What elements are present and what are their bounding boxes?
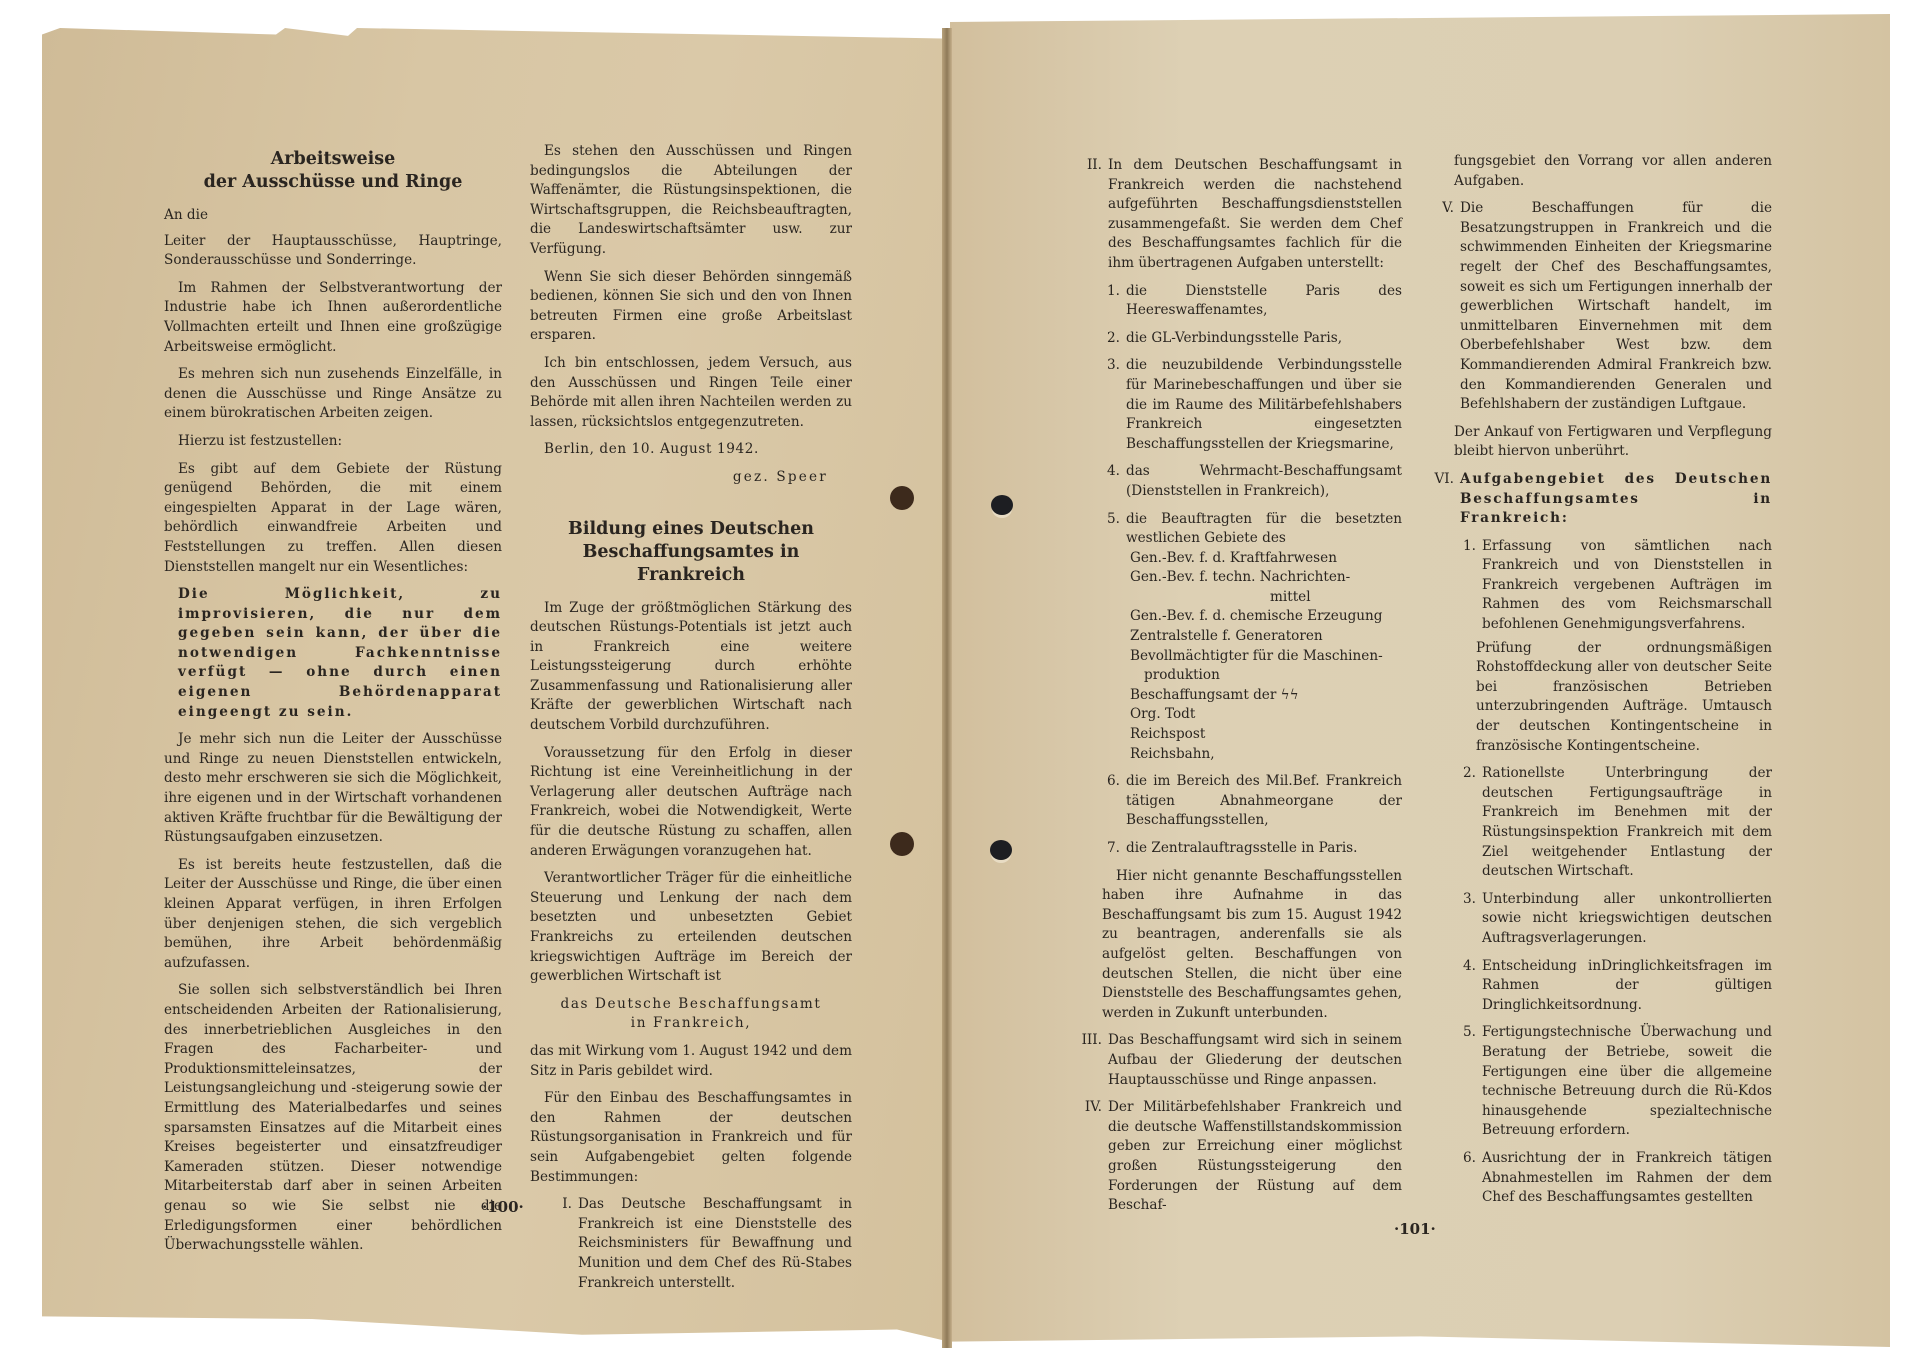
numbered-item-VI: VI. Aufgabengebiet des Deutschen Beschaf… <box>1420 470 1772 529</box>
book-spine <box>942 28 952 1348</box>
left-page-column-1: Arbeitsweise der Ausschüsse und Ringe An… <box>164 148 502 1264</box>
task-extra: Prüfung der ordnungsmäßigen Rohstoffdeck… <box>1454 639 1772 757</box>
numbered-item-V: V. Die Beschaffungen für die Besatzungst… <box>1420 199 1772 415</box>
agency: Gen.-Bev. f. techn. Nachrichten- <box>1130 568 1402 588</box>
item-number: 6. <box>1454 1149 1482 1208</box>
item-number: 2. <box>1454 764 1482 882</box>
recipients: Leiter der Hauptausschüsse, Hauptringe, … <box>164 232 502 271</box>
paragraph: Hierzu ist festzustellen: <box>164 432 502 452</box>
title-line: Beschaffungsamtes in Frankreich <box>530 541 852 587</box>
task-item: 2.Rationellste Unterbringung der deutsch… <box>1454 764 1772 882</box>
item-text: die Dienststelle Paris des Heereswaffena… <box>1126 282 1402 321</box>
item-number: II. <box>1068 156 1108 274</box>
agency: Bevollmächtigter für die Maschinen- <box>1130 647 1402 667</box>
dateline: Berlin, den 10. August 1942. <box>530 440 852 460</box>
item-number: 2. <box>1098 329 1126 349</box>
item-text: die neuzubildende Verbindungsstelle für … <box>1126 356 1402 454</box>
item-number: 5. <box>1098 510 1126 549</box>
item-number: III. <box>1068 1031 1108 1090</box>
item-number: 1. <box>1098 282 1126 321</box>
continuation-text: fungsgebiet den Vorrang vor allen andere… <box>1420 152 1772 191</box>
item-text: Rationellste Unterbringung der deutschen… <box>1482 764 1772 882</box>
paragraph: Es gibt auf dem Gebiete der Rüstung genü… <box>164 460 502 578</box>
binding-hole-icon <box>890 486 914 510</box>
paragraph: Im Rahmen der Selbstverantwortung der In… <box>164 279 502 357</box>
numbered-item-IV: IV. Der Militärbefehlshaber Frankreich u… <box>1068 1098 1402 1216</box>
subitem: 7.die Zentralauftragsstelle in Paris. <box>1098 839 1402 859</box>
item-text: die GL-Verbindungsstelle Paris, <box>1126 329 1402 349</box>
note-paragraph: Hier nicht genannte Beschaffungsstellen … <box>1102 867 1402 1024</box>
paragraph: das mit Wirkung vom 1. August 1942 und d… <box>530 1042 852 1081</box>
numbered-item-I: I. Das Deutsche Beschaffungsamt in Frank… <box>530 1195 852 1293</box>
item-text: Erfassung von sämtlichen nach Frankreich… <box>1482 537 1772 635</box>
subitem: 6.die im Bereich des Mil.Bef. Frankreich… <box>1098 772 1402 831</box>
agency: Zentralstelle f. Generatoren <box>1130 627 1402 647</box>
paragraph: Je mehr sich nun die Leiter der Ausschüs… <box>164 730 502 848</box>
item-number: IV. <box>1068 1098 1108 1216</box>
item-number: 4. <box>1098 462 1126 501</box>
binding-hole-icon <box>890 832 914 856</box>
section-title-arbeitsweise: Arbeitsweise der Ausschüsse und Ringe <box>164 148 502 194</box>
paragraph: Voraussetzung für den Erfolg in dieser R… <box>530 744 852 862</box>
agency: Gen.-Bev. f. d. Kraftfahrwesen <box>1130 549 1402 569</box>
binding-hole-icon <box>990 840 1012 860</box>
task-item: 3.Unterbindung aller unkontrollierten so… <box>1454 890 1772 949</box>
title-line: der Ausschüsse und Ringe <box>164 171 502 194</box>
numbered-item-III: III. Das Beschaffungsamt wird sich in se… <box>1068 1031 1402 1090</box>
emphasis-block: Die Möglichkeit, zu improvisieren, die n… <box>178 585 502 722</box>
item-number: 4. <box>1454 957 1482 1016</box>
agency: Reichspost <box>1130 725 1402 745</box>
page-number-101: ·101· <box>1394 1220 1436 1238</box>
item-text: Aufgabengebiet des Deutschen Beschaffung… <box>1460 470 1772 529</box>
item-text: die Zentralauftragsstelle in Paris. <box>1126 839 1402 859</box>
item-number: V. <box>1420 199 1460 415</box>
item-text: Das Deutsche Beschaffungsamt in Frankrei… <box>578 1195 852 1293</box>
title-line: Bildung eines Deutschen <box>530 518 852 541</box>
paragraph: Wenn Sie sich dieser Behörden sinngemäß … <box>530 268 852 346</box>
item-number: 7. <box>1098 839 1126 859</box>
task-item: 4.Entscheidung inDringlichkeitsfragen im… <box>1454 957 1772 1016</box>
right-page-column-1: II. In dem Deutschen Beschaffungsamt in … <box>1068 156 1402 1224</box>
note-paragraph: Der Ankauf von Fertigwaren und Verpflegu… <box>1420 423 1772 462</box>
section-title-beschaffungsamt: Bildung eines Deutschen Beschaffungsamte… <box>530 518 852 587</box>
item-text: In dem Deutschen Beschaffungsamt in Fran… <box>1108 156 1402 274</box>
item-text: das Wehrmacht-Beschaffungsamt (Dienstste… <box>1126 462 1402 501</box>
agency: Beschaffungsamt der ϟϟ <box>1130 686 1402 706</box>
agency: produktion <box>1130 666 1402 686</box>
item-number: 6. <box>1098 772 1126 831</box>
item-text: Entscheidung inDringlichkeitsfragen im R… <box>1482 957 1772 1016</box>
item-text: die im Bereich des Mil.Bef. Frankreich t… <box>1126 772 1402 831</box>
sublist: 1.die Dienststelle Paris des Heereswaffe… <box>1068 282 1402 859</box>
paragraph: Für den Einbau des Beschaffungsamtes in … <box>530 1089 852 1187</box>
item-number: VI. <box>1420 470 1460 529</box>
agency-list: Gen.-Bev. f. d. Kraftfahrwesen Gen.-Bev.… <box>1098 549 1402 765</box>
left-page-column-2: Es stehen den Ausschüssen und Ringen bed… <box>530 142 852 1301</box>
title-line: Arbeitsweise <box>164 148 502 171</box>
subitem: 4.das Wehrmacht-Beschaffungsamt (Diensts… <box>1098 462 1402 501</box>
task-item: 6.Ausrichtung der in Frankreich tätigen … <box>1454 1149 1772 1208</box>
subitem: 3.die neuzubildende Verbindungsstelle fü… <box>1098 356 1402 454</box>
item-number: 5. <box>1454 1023 1482 1141</box>
task-item: 5.Fertigungstechnische Überwachung und B… <box>1454 1023 1772 1141</box>
item-text: Ausrichtung der in Frankreich tätigen Ab… <box>1482 1149 1772 1208</box>
address-line: An die <box>164 206 502 226</box>
binding-hole-icon <box>991 495 1013 515</box>
item-text: die Beauftragten für die besetzten westl… <box>1126 510 1402 549</box>
paragraph: Es stehen den Ausschüssen und Ringen bed… <box>530 142 852 260</box>
subitem: 2.die GL-Verbindungsstelle Paris, <box>1098 329 1402 349</box>
agency: mittel <box>1130 588 1402 608</box>
right-page-column-2: fungsgebiet den Vorrang vor allen andere… <box>1420 152 1772 1216</box>
item-number: 3. <box>1454 890 1482 949</box>
paragraph: Es ist bereits heute festzustellen, daß … <box>164 856 502 974</box>
paragraph: Verantwortlicher Träger für die einheitl… <box>530 869 852 987</box>
subitem: 5.die Beauftragten für die besetzten wes… <box>1098 510 1402 549</box>
signature: gez. Speer <box>530 468 828 488</box>
item-text: Unterbindung aller unkontrollierten sowi… <box>1482 890 1772 949</box>
agency: Org. Todt <box>1130 705 1402 725</box>
agency: Gen.-Bev. f. d. chemische Erzeugung <box>1130 607 1402 627</box>
page-number-100: ·100· <box>482 1198 524 1216</box>
numbered-item-II: II. In dem Deutschen Beschaffungsamt in … <box>1068 156 1402 274</box>
item-number: I. <box>538 1195 578 1293</box>
paragraph: Sie sollen sich selbstverständlich bei I… <box>164 981 502 1255</box>
item-text: Fertigungstechnische Überwachung und Ber… <box>1482 1023 1772 1141</box>
item-text: Die Beschaffungen für die Besatzungstrup… <box>1460 199 1772 415</box>
center-line: das Deutsche Beschaffungsamt <box>530 995 852 1015</box>
paragraph: Ich bin entschlossen, jedem Versuch, aus… <box>530 354 852 432</box>
task-item: 1.Erfassung von sämtlichen nach Frankrei… <box>1454 537 1772 635</box>
item-number: 1. <box>1454 537 1482 635</box>
item-text: Das Beschaffungsamt wird sich in seinem … <box>1108 1031 1402 1090</box>
task-list: 1.Erfassung von sämtlichen nach Frankrei… <box>1420 537 1772 1208</box>
center-line: in Frankreich, <box>530 1014 852 1034</box>
item-number: 3. <box>1098 356 1126 454</box>
paragraph: Im Zuge der größtmöglichen Stärkung des … <box>530 599 852 736</box>
paragraph: Es mehren sich nun zusehends Einzelfälle… <box>164 365 502 424</box>
subitem: 1.die Dienststelle Paris des Heereswaffe… <box>1098 282 1402 321</box>
item-text: Der Militärbefehlshaber Frankreich und d… <box>1108 1098 1402 1216</box>
agency: Reichsbahn, <box>1130 745 1402 765</box>
